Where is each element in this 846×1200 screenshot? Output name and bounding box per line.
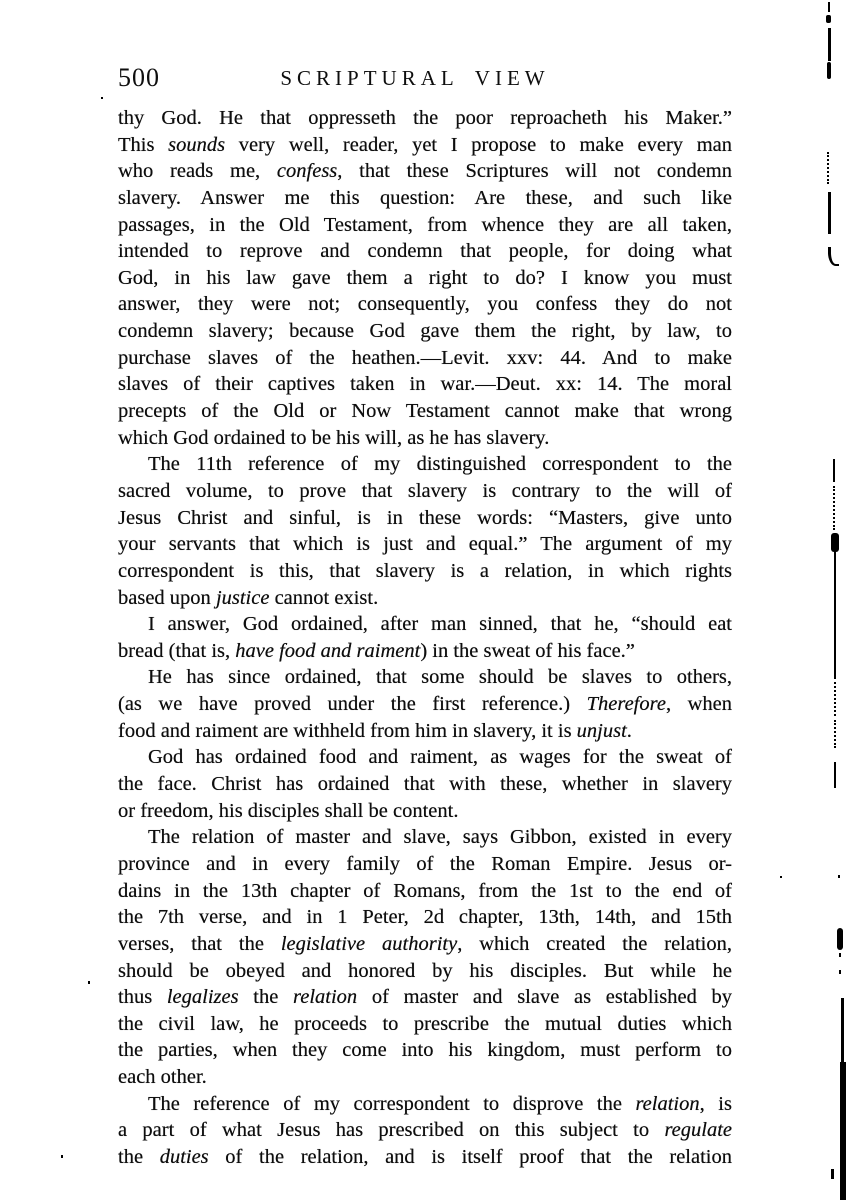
text-segment: based upon: [118, 587, 216, 609]
text-line: the duties of the relation, and is itsel…: [118, 1144, 732, 1171]
text-line: condemn slavery; because God gave them t…: [118, 318, 732, 345]
italic-text-segment: confess: [277, 160, 337, 182]
scan-artifact: [838, 875, 840, 878]
text-line: or freedom, his disciples shall be conte…: [118, 798, 732, 825]
text-line: slavery. Answer me this question: Are th…: [118, 185, 732, 212]
text-segment: , which created the relation,: [457, 933, 732, 955]
scan-artifact: [828, 247, 839, 266]
italic-text-segment: justice: [216, 587, 270, 609]
italic-text-segment: have food and raiment: [235, 640, 420, 662]
italic-text-segment: relation: [635, 1093, 699, 1115]
text-segment: of the relation, and is itself proof tha…: [209, 1146, 732, 1168]
text-segment: the civil law, he proceeds to prescribe …: [118, 1013, 732, 1035]
scan-artifact: [839, 970, 841, 974]
scan-artifact: [780, 876, 782, 878]
scan-artifact: [839, 953, 841, 957]
text-line: a part of what Jesus has prescribed on t…: [118, 1117, 732, 1144]
italic-text-segment: relation: [293, 986, 357, 1008]
text-segment: dains in the 13th chapter of Romans, fro…: [118, 880, 732, 902]
text-segment: ) in the sweat of his face.”: [420, 640, 635, 662]
scan-artifact: [833, 486, 835, 530]
text-segment: correspondent is this, that slavery is a…: [118, 560, 732, 582]
text-segment: The 11th reference of my distinguished c…: [148, 453, 732, 475]
italic-text-segment: legalizes: [167, 986, 239, 1008]
text-segment: or freedom, his disciples shall be conte…: [118, 800, 458, 822]
text-segment: God, in his law gave them a right to do?…: [118, 267, 732, 289]
text-line: based upon justice cannot exist.: [118, 585, 732, 612]
text-segment: province and in every family of the Roma…: [118, 853, 732, 875]
text-segment: , that these Scriptures will not condemn: [337, 160, 732, 182]
text-line: the 7th verse, and in 1 Peter, 2d chapte…: [118, 904, 732, 931]
text-segment: , is: [700, 1093, 732, 1115]
text-segment: God has ordained food and raiment, as wa…: [148, 746, 732, 768]
text-segment: the parties, when they come into his kin…: [118, 1039, 732, 1061]
text-line: intended to reprove and condemn that peo…: [118, 238, 732, 265]
scan-artifact: [827, 152, 829, 184]
text-line: who reads me, confess, that these Script…: [118, 158, 732, 185]
text-line: dains in the 13th chapter of Romans, fro…: [118, 878, 732, 905]
italic-text-segment: duties: [160, 1146, 209, 1168]
text-line: which God ordained to be his will, as he…: [118, 425, 732, 452]
text-segment: The relation of master and slave, says G…: [148, 826, 732, 848]
text-line: precepts of the Old or Now Testament can…: [118, 398, 732, 425]
scan-artifact: [101, 97, 103, 99]
text-segment: .: [627, 720, 632, 742]
italic-text-segment: Therefore: [587, 693, 666, 715]
text-line: the civil law, he proceeds to prescribe …: [118, 1011, 732, 1038]
text-line: slaves of their captives taken in war.—D…: [118, 371, 732, 398]
page-body-text: thy God. He that oppresseth the poor rep…: [118, 105, 732, 1171]
text-line: food and raiment are withheld from him i…: [118, 718, 732, 745]
text-line: province and in every family of the Roma…: [118, 851, 732, 878]
text-segment: , when: [666, 693, 732, 715]
text-line: answer, they were not; consequently, you…: [118, 291, 732, 318]
text-segment: very well, reader, yet I propose to make…: [225, 134, 732, 156]
text-segment: intended to reprove and condemn that peo…: [118, 240, 732, 262]
text-segment: slaves of their captives taken in war.—D…: [118, 373, 732, 395]
text-segment: which God ordained to be his will, as he…: [118, 427, 549, 449]
text-line: each other.: [118, 1064, 732, 1091]
scan-artifact: [826, 15, 831, 23]
text-line: your servants that which is just and equ…: [118, 531, 732, 558]
text-line: God has ordained food and raiment, as wa…: [118, 744, 732, 771]
scan-artifact: [834, 762, 836, 788]
text-line: He has since ordained, that some should …: [118, 664, 732, 691]
text-segment: He has since ordained, that some should …: [148, 666, 732, 688]
scan-artifact: [834, 552, 836, 679]
text-line: passages, in the Old Testament, from whe…: [118, 212, 732, 239]
text-segment: the: [239, 986, 293, 1008]
text-line: verses, that the legislative authority, …: [118, 931, 732, 958]
scan-artifact: [834, 682, 836, 716]
text-line: bread (that is, have food and raiment) i…: [118, 638, 732, 665]
text-segment: who reads me,: [118, 160, 277, 182]
text-line: Jesus Christ and sinful, is in these wor…: [118, 505, 732, 532]
text-line: the parties, when they come into his kin…: [118, 1037, 732, 1064]
italic-text-segment: legislative authority: [281, 933, 457, 955]
text-segment: I answer, God ordained, after man sinned…: [148, 613, 732, 635]
text-segment: passages, in the Old Testament, from whe…: [118, 214, 732, 236]
text-segment: should be obeyed and honored by his disc…: [118, 960, 732, 982]
text-segment: condemn slavery; because God gave them t…: [118, 320, 732, 342]
text-segment: slavery. Answer me this question: Are th…: [118, 187, 732, 209]
scan-artifact: [828, 28, 831, 61]
text-segment: (as we have proved under the first refer…: [118, 693, 587, 715]
text-segment: sacred volume, to prove that slavery is …: [118, 480, 732, 502]
text-line: thy God. He that oppresseth the poor rep…: [118, 105, 732, 132]
scan-artifact: [837, 928, 843, 950]
italic-text-segment: unjust: [577, 720, 627, 742]
text-line: the face. Christ has ordained that with …: [118, 771, 732, 798]
text-segment: your servants that which is just and equ…: [118, 533, 732, 555]
text-segment: thus: [118, 986, 167, 1008]
scan-artifact: [841, 998, 844, 1068]
text-segment: cannot exist.: [269, 587, 378, 609]
text-segment: The reference of my correspondent to dis…: [148, 1093, 635, 1115]
text-line: I answer, God ordained, after man sinned…: [118, 611, 732, 638]
text-line: should be obeyed and honored by his disc…: [118, 958, 732, 985]
text-segment: food and raiment are withheld from him i…: [118, 720, 577, 742]
text-segment: purchase slaves of the heathen.—Levit. x…: [118, 347, 732, 369]
text-segment: a part of what Jesus has prescribed on t…: [118, 1119, 664, 1141]
text-segment: Jesus Christ and sinful, is in these wor…: [118, 507, 732, 529]
text-line: The 11th reference of my distinguished c…: [118, 451, 732, 478]
text-line: correspondent is this, that slavery is a…: [118, 558, 732, 585]
text-segment: thy God. He that oppresseth the poor rep…: [118, 107, 732, 129]
italic-text-segment: regulate: [664, 1119, 732, 1141]
scan-artifact: [840, 1062, 846, 1200]
text-segment: bread (that is,: [118, 640, 235, 662]
text-line: (as we have proved under the first refer…: [118, 691, 732, 718]
text-line: purchase slaves of the heathen.—Levit. x…: [118, 345, 732, 372]
text-line: God, in his law gave them a right to do?…: [118, 265, 732, 292]
text-segment: of master and slave as established by: [357, 986, 732, 1008]
text-segment: the 7th verse, and in 1 Peter, 2d chapte…: [118, 906, 732, 928]
text-segment: the face. Christ has ordained that with …: [118, 773, 732, 795]
scan-artifact: [88, 981, 90, 984]
scan-artifact: [833, 459, 835, 482]
text-line: sacred volume, to prove that slavery is …: [118, 478, 732, 505]
scan-artifact: [831, 1169, 834, 1179]
text-segment: each other.: [118, 1066, 207, 1088]
book-page: 500 SCRIPTURAL VIEW thy God. He that opp…: [0, 0, 846, 1200]
text-line: thus legalizes the relation of master an…: [118, 984, 732, 1011]
scan-artifact: [828, 2, 830, 12]
text-segment: the: [118, 1146, 160, 1168]
scan-artifact: [61, 1155, 63, 1158]
scan-artifact: [828, 192, 831, 234]
scan-artifact: [834, 720, 836, 748]
text-line: The reference of my correspondent to dis…: [118, 1091, 732, 1118]
running-title: SCRIPTURAL VIEW: [118, 63, 712, 93]
text-segment: verses, that the: [118, 933, 281, 955]
text-line: The relation of master and slave, says G…: [118, 824, 732, 851]
text-segment: answer, they were not; consequently, you…: [118, 293, 732, 315]
text-segment: This: [118, 134, 168, 156]
text-segment: precepts of the Old or Now Testament can…: [118, 400, 732, 422]
italic-text-segment: sounds: [168, 134, 225, 156]
text-line: This sounds very well, reader, yet I pro…: [118, 132, 732, 159]
scan-artifact: [827, 62, 831, 79]
page-header: 500 SCRIPTURAL VIEW: [118, 63, 732, 93]
scan-artifact: [831, 533, 839, 552]
